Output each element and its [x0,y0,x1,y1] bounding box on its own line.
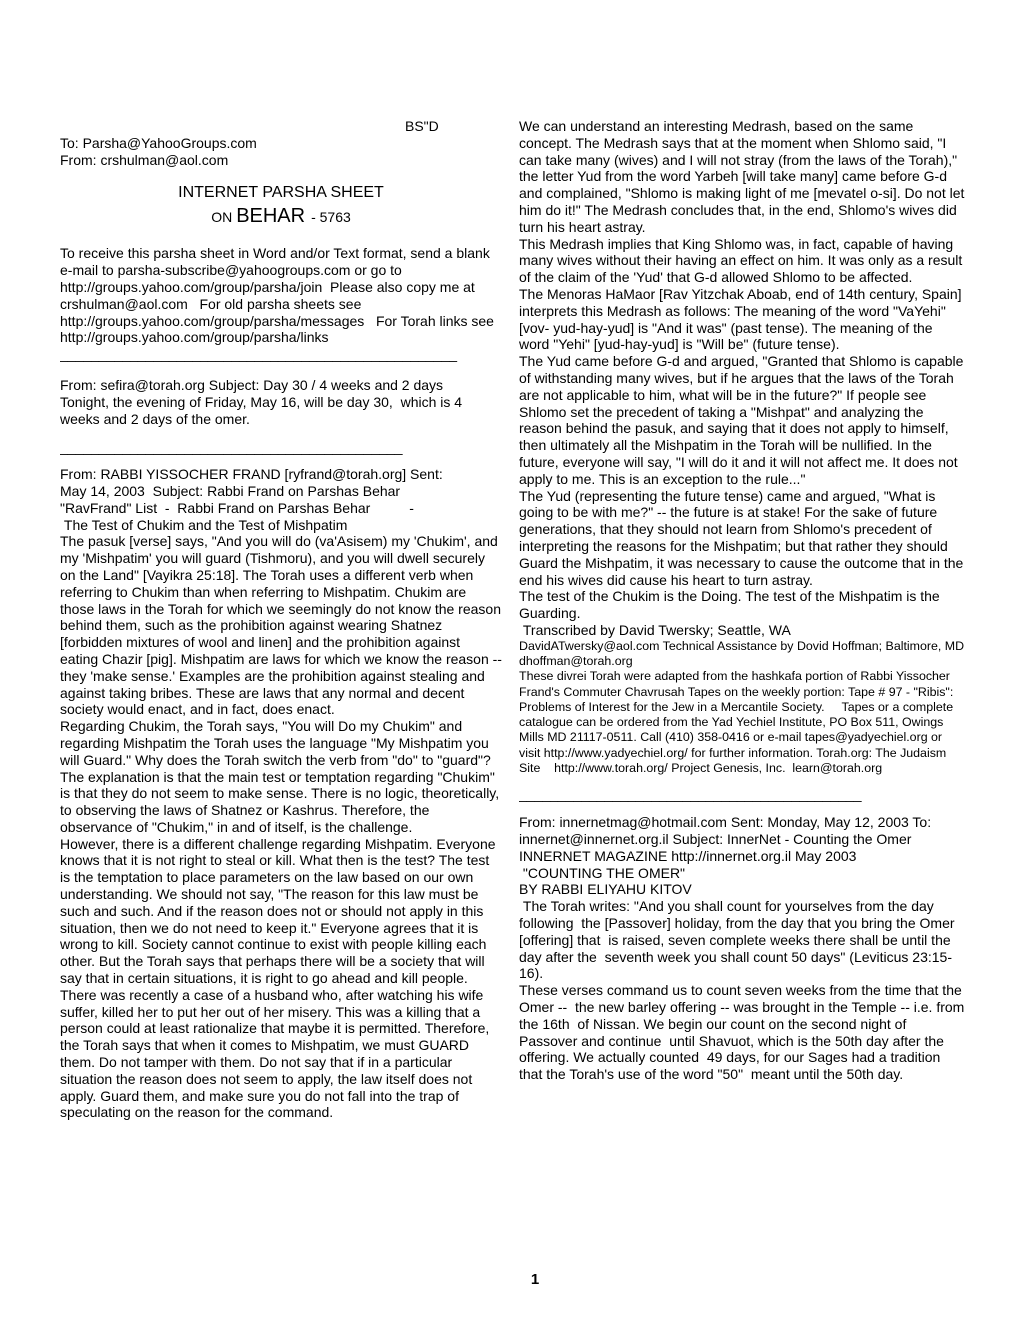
paragraph-subscribe-info: To receive this parsha sheet in Word and… [60,245,502,346]
paragraph-yud-argued: The Yud came before G-d and argued, "Gra… [519,353,966,487]
page-number: 1 [0,1271,1020,1288]
title-line-2: ONBEHAR- 5763 [60,203,502,230]
section-divider: ________________________________________… [519,786,966,803]
paragraph-husband-case: There was recently a case of a husband w… [60,987,502,1121]
title-year: - 5763 [311,209,351,225]
paragraph-medrash: We can understand an interesting Medrash… [519,118,966,236]
article-byline: BY RABBI ELIYAHU KITOV [519,881,966,898]
title-on: ON [211,209,232,225]
paragraph-regarding-chukim: Regarding Chukim, the Torah says, "You w… [60,718,502,768]
paragraph-verses-command: These verses command us to count seven w… [519,982,966,1083]
bsd-mark: BS"D [60,118,502,135]
paragraph-torah-writes: The Torah writes: "And you shall count f… [519,898,966,982]
right-column: We can understand an interesting Medrash… [519,118,966,1083]
title-parsha-name: BEHAR [236,205,305,227]
article-title-counting-the-omer: "COUNTING THE OMER" [519,865,966,882]
title-line-1: INTERNET PARSHA SHEET [60,182,502,203]
paragraph-yud-future: The Yud (representing the future tense) … [519,488,966,589]
paragraph-innernet-header: From: innernetmag@hotmail.com Sent: Mond… [519,814,966,864]
credits-contact: DavidATwersky@aol.com Technical Assistan… [519,639,966,670]
paragraph-explanation: The explanation is that the main test or… [60,769,502,836]
paragraph-menoras-hamaor: The Menoras HaMaor [Rav Yitzchak Aboab, … [519,286,966,353]
document-page: BS"D To: Parsha@YahooGroups.com From: cr… [0,0,1020,1320]
left-column: BS"D To: Parsha@YahooGroups.com From: cr… [60,118,502,1121]
paragraph-sefira-notice: From: sefira@torah.org Subject: Day 30 /… [60,377,502,427]
paragraph-frand-header: From: RABBI YISSOCHER FRAND [ryfrand@tor… [60,466,502,533]
paragraph-however: However, there is a different challenge … [60,836,502,987]
header-from-line: From: crshulman@aol.com [60,152,502,169]
credits-tapes: These divrei Torah were adapted from the… [519,669,966,776]
header-to-line: To: Parsha@YahooGroups.com [60,135,502,152]
paragraph-test-summary: The test of the Chukim is the Doing. The… [519,588,966,622]
paragraph-pasuk: The pasuk [verse] says, "And you will do… [60,533,502,718]
section-divider: ________________________________________… [60,346,502,363]
paragraph-medrash-implies: This Medrash implies that King Shlomo wa… [519,236,966,286]
section-divider: ________________________________________… [60,439,502,456]
paragraph-transcribed-by: Transcribed by David Twersky; Seattle, W… [519,622,966,639]
document-title: INTERNET PARSHA SHEET ONBEHAR- 5763 [60,182,502,230]
